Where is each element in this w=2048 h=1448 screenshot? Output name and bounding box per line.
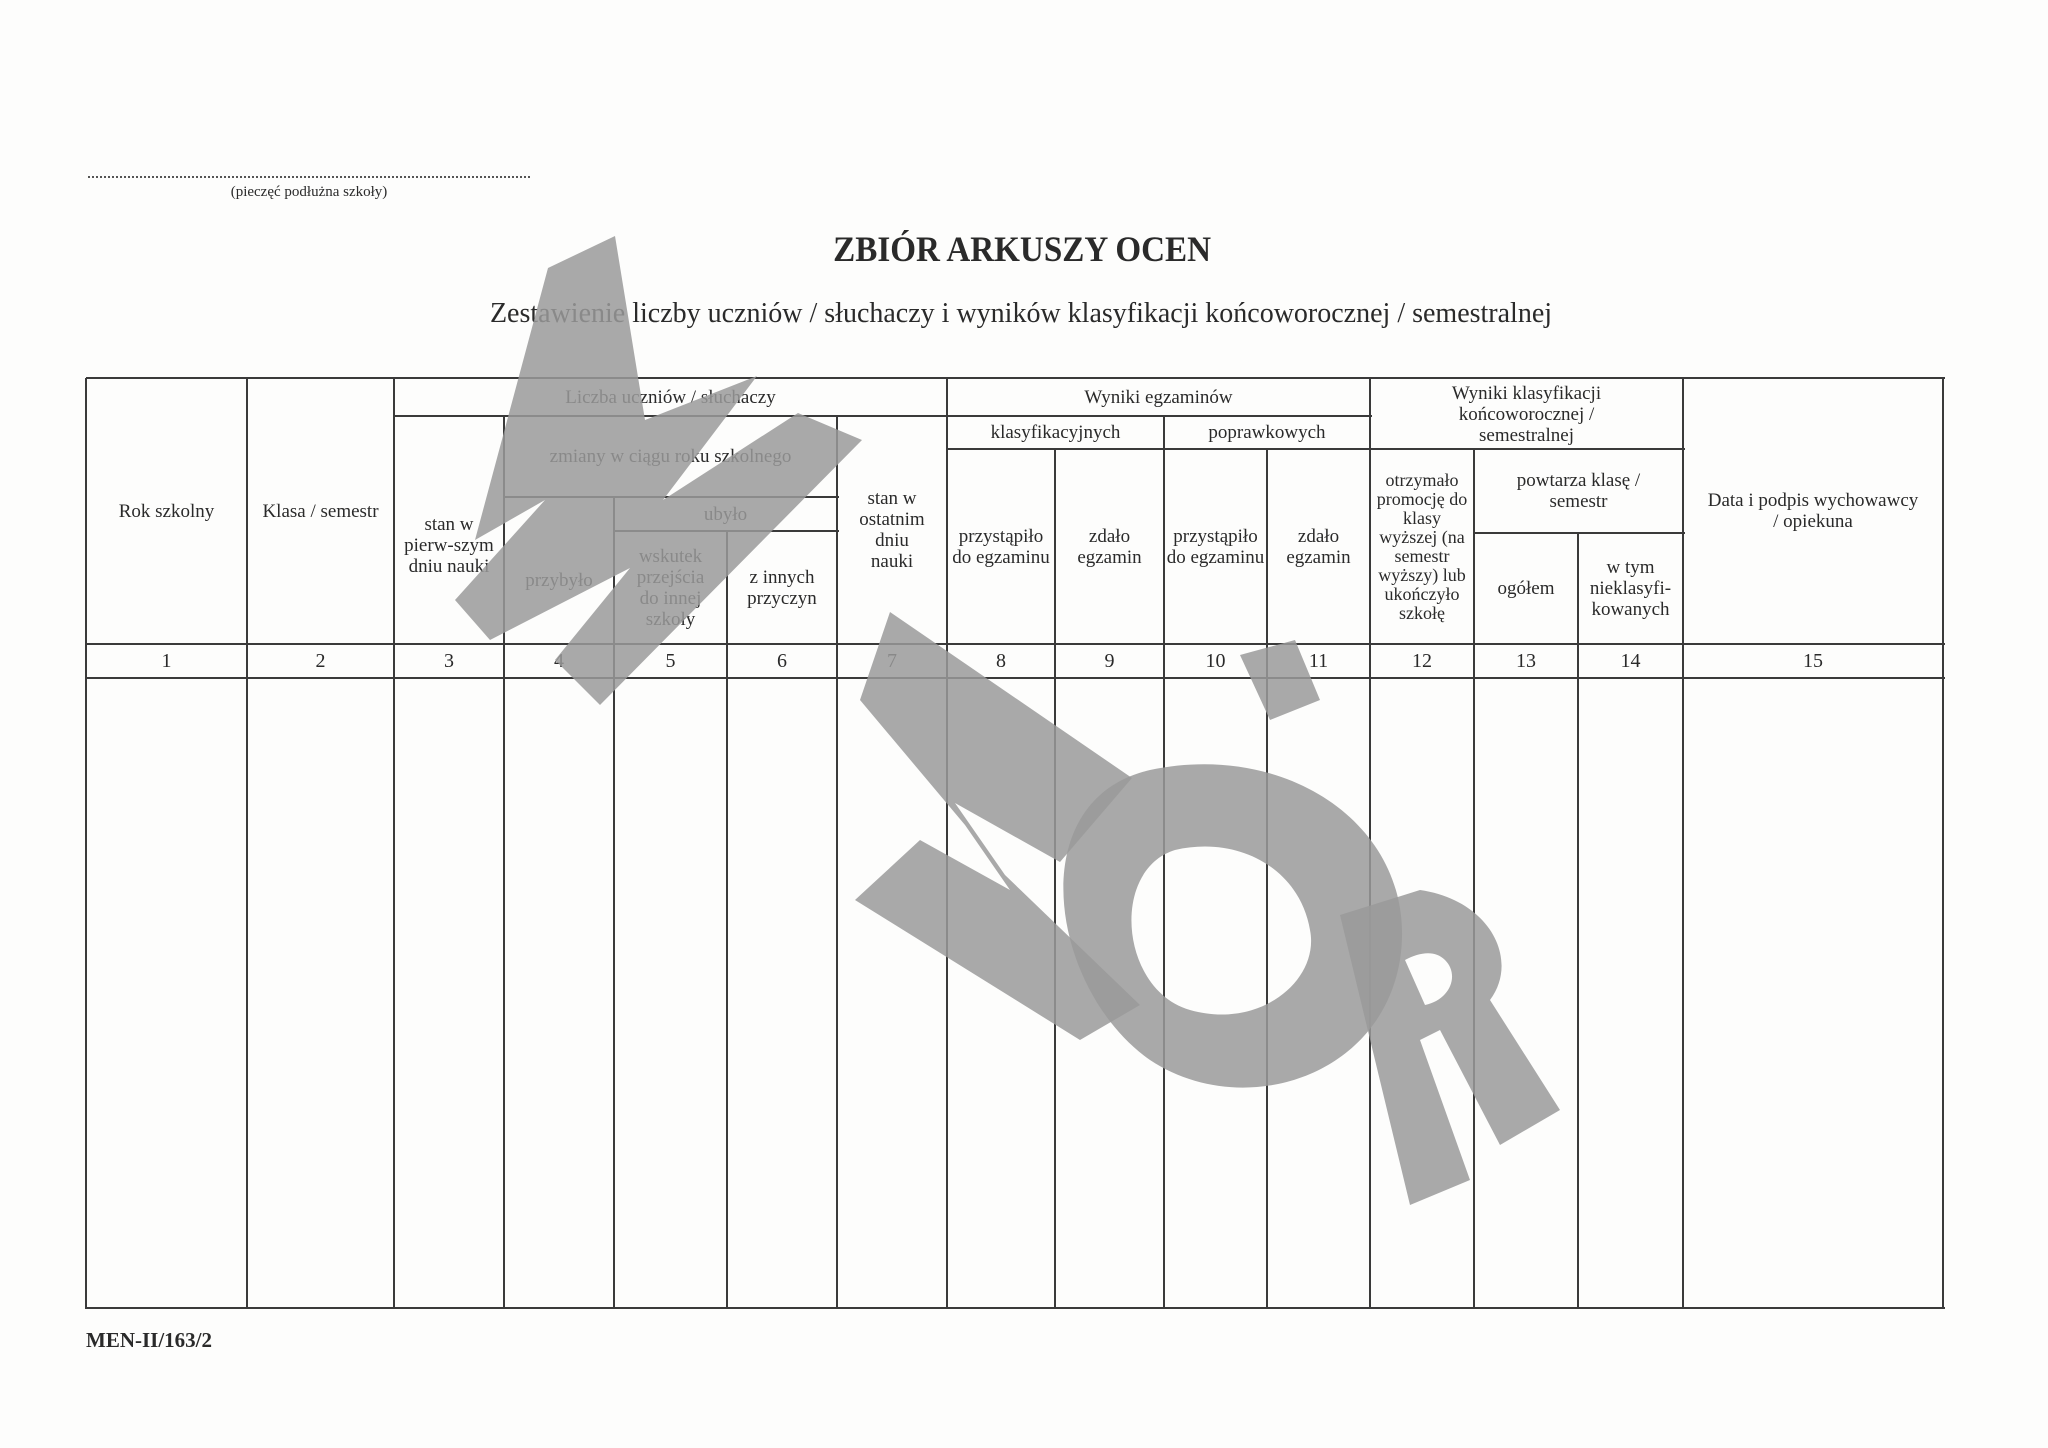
grid-line	[726, 531, 728, 1309]
col-header-z-innych: z innych przyczyn	[727, 531, 837, 644]
data-cell-col-9[interactable]	[1055, 678, 1164, 1308]
grid-line	[836, 416, 838, 1309]
grid-line	[1266, 449, 1268, 1309]
data-cell-col-8[interactable]	[947, 678, 1055, 1308]
grid-line	[504, 496, 839, 498]
group-header-wyniki-klasyfikacji: Wyniki klasyfikacji końcoworocznej / sem…	[1370, 380, 1683, 449]
grid-line	[613, 497, 615, 1309]
col-header-klasa-semestr: Klasa / semestr	[247, 378, 394, 644]
grid-line	[946, 378, 948, 1309]
grid-line	[1369, 378, 1371, 1309]
group-header-poprawkowych: poprawkowych	[1164, 416, 1370, 449]
data-cell-col-12[interactable]	[1370, 678, 1474, 1308]
group-header-klasyfikacyjnych: klasyfikacyjnych	[947, 416, 1164, 449]
col-number-12: 12	[1370, 644, 1474, 678]
data-cell-col-6[interactable]	[727, 678, 837, 1308]
data-cell-col-15[interactable]	[1683, 678, 1943, 1308]
data-cell-col-5[interactable]	[614, 678, 727, 1308]
grid-line	[1682, 378, 1684, 1309]
stamp-dotted-line	[88, 170, 530, 178]
data-cell-col-14[interactable]	[1578, 678, 1683, 1308]
col-header-popr-przystapilo: przystąpiło do egzaminu	[1164, 449, 1267, 644]
data-cell-col-13[interactable]	[1474, 678, 1578, 1308]
data-cell-col-1[interactable]	[86, 678, 247, 1308]
document-subtitle: Zestawienie liczby uczniów / słuchaczy i…	[0, 298, 2048, 330]
col-number-4: 4	[504, 644, 614, 678]
col-header-popr-zdalo: zdało egzamin	[1267, 449, 1370, 644]
col-number-10: 10	[1164, 644, 1267, 678]
col-number-9: 9	[1055, 644, 1164, 678]
col-header-stan-pierwszy: stan w pierw-szym dniu nauki	[394, 416, 504, 644]
grid-line	[86, 643, 1945, 645]
col-header-ogolem: ogółem	[1474, 533, 1578, 644]
col-header-data-podpis: Data i podpis wychowawcy / opiekuna	[1683, 378, 1943, 644]
group-header-ubylo: ubyło	[614, 497, 837, 531]
col-number-15: 15	[1683, 644, 1943, 678]
col-number-5: 5	[614, 644, 727, 678]
col-header-wskutek-przejscia: wskutek przejścia do innej szkoły	[614, 531, 727, 644]
grid-line	[86, 377, 1945, 379]
grid-line	[86, 1307, 1945, 1309]
grid-line	[1577, 533, 1579, 1309]
form-code: MEN-II/163/2	[86, 1328, 212, 1353]
grid-line	[393, 378, 395, 1309]
col-number-8: 8	[947, 644, 1055, 678]
grid-line	[86, 677, 1945, 679]
grid-line	[394, 415, 1372, 417]
group-header-liczba: Liczba uczniów / słuchaczy	[394, 378, 947, 416]
grid-line	[1054, 449, 1056, 1309]
col-header-klas-przystapilo: przystąpiło do egzaminu	[947, 449, 1055, 644]
col-number-2: 2	[247, 644, 394, 678]
grid-line	[246, 378, 248, 1309]
stamp-label: (pieczęć podłużna szkoły)	[88, 184, 530, 201]
col-number-6: 6	[727, 644, 837, 678]
grid-line	[85, 378, 87, 1309]
grid-line	[1942, 378, 1944, 1309]
group-header-powtarza: powtarza klasę / semestr	[1474, 449, 1683, 533]
data-cell-col-4[interactable]	[504, 678, 614, 1308]
col-header-przybylo: przybyło	[504, 497, 614, 644]
data-cell-col-3[interactable]	[394, 678, 504, 1308]
col-number-7: 7	[837, 644, 947, 678]
col-number-1: 1	[86, 644, 247, 678]
data-cell-col-11[interactable]	[1267, 678, 1370, 1308]
col-header-stan-ostatni: stan w ostatnim dniu nauki	[837, 416, 947, 644]
col-number-13: 13	[1474, 644, 1578, 678]
col-number-11: 11	[1267, 644, 1370, 678]
group-header-wyniki-egzaminow: Wyniki egzaminów	[947, 378, 1370, 416]
col-number-14: 14	[1578, 644, 1683, 678]
col-header-rok-szkolny: Rok szkolny	[86, 378, 247, 644]
document-title: ZBIÓR ARKUSZY OCEN	[80, 228, 1964, 270]
data-cell-col-10[interactable]	[1164, 678, 1267, 1308]
subtitle-text: Zestawienie liczby uczniów / słuchaczy i…	[490, 298, 1552, 330]
grid-line	[1163, 416, 1165, 1309]
col-header-promocja: otrzymało promocję do klasy wyższej (na …	[1370, 449, 1474, 644]
col-number-3: 3	[394, 644, 504, 678]
data-cell-col-2[interactable]	[247, 678, 394, 1308]
data-cell-col-7[interactable]	[837, 678, 947, 1308]
grid-line	[1370, 448, 1685, 450]
col-header-klas-zdalo: zdało egzamin	[1055, 449, 1164, 644]
group-header-zmiany: zmiany w ciągu roku szkolnego	[504, 416, 837, 497]
col-header-nieklasyfikowanych: w tym nieklasyfi-kowanych	[1578, 533, 1683, 644]
grid-line	[1473, 449, 1475, 1309]
grid-line	[1474, 532, 1685, 534]
grid-line	[503, 416, 505, 1309]
